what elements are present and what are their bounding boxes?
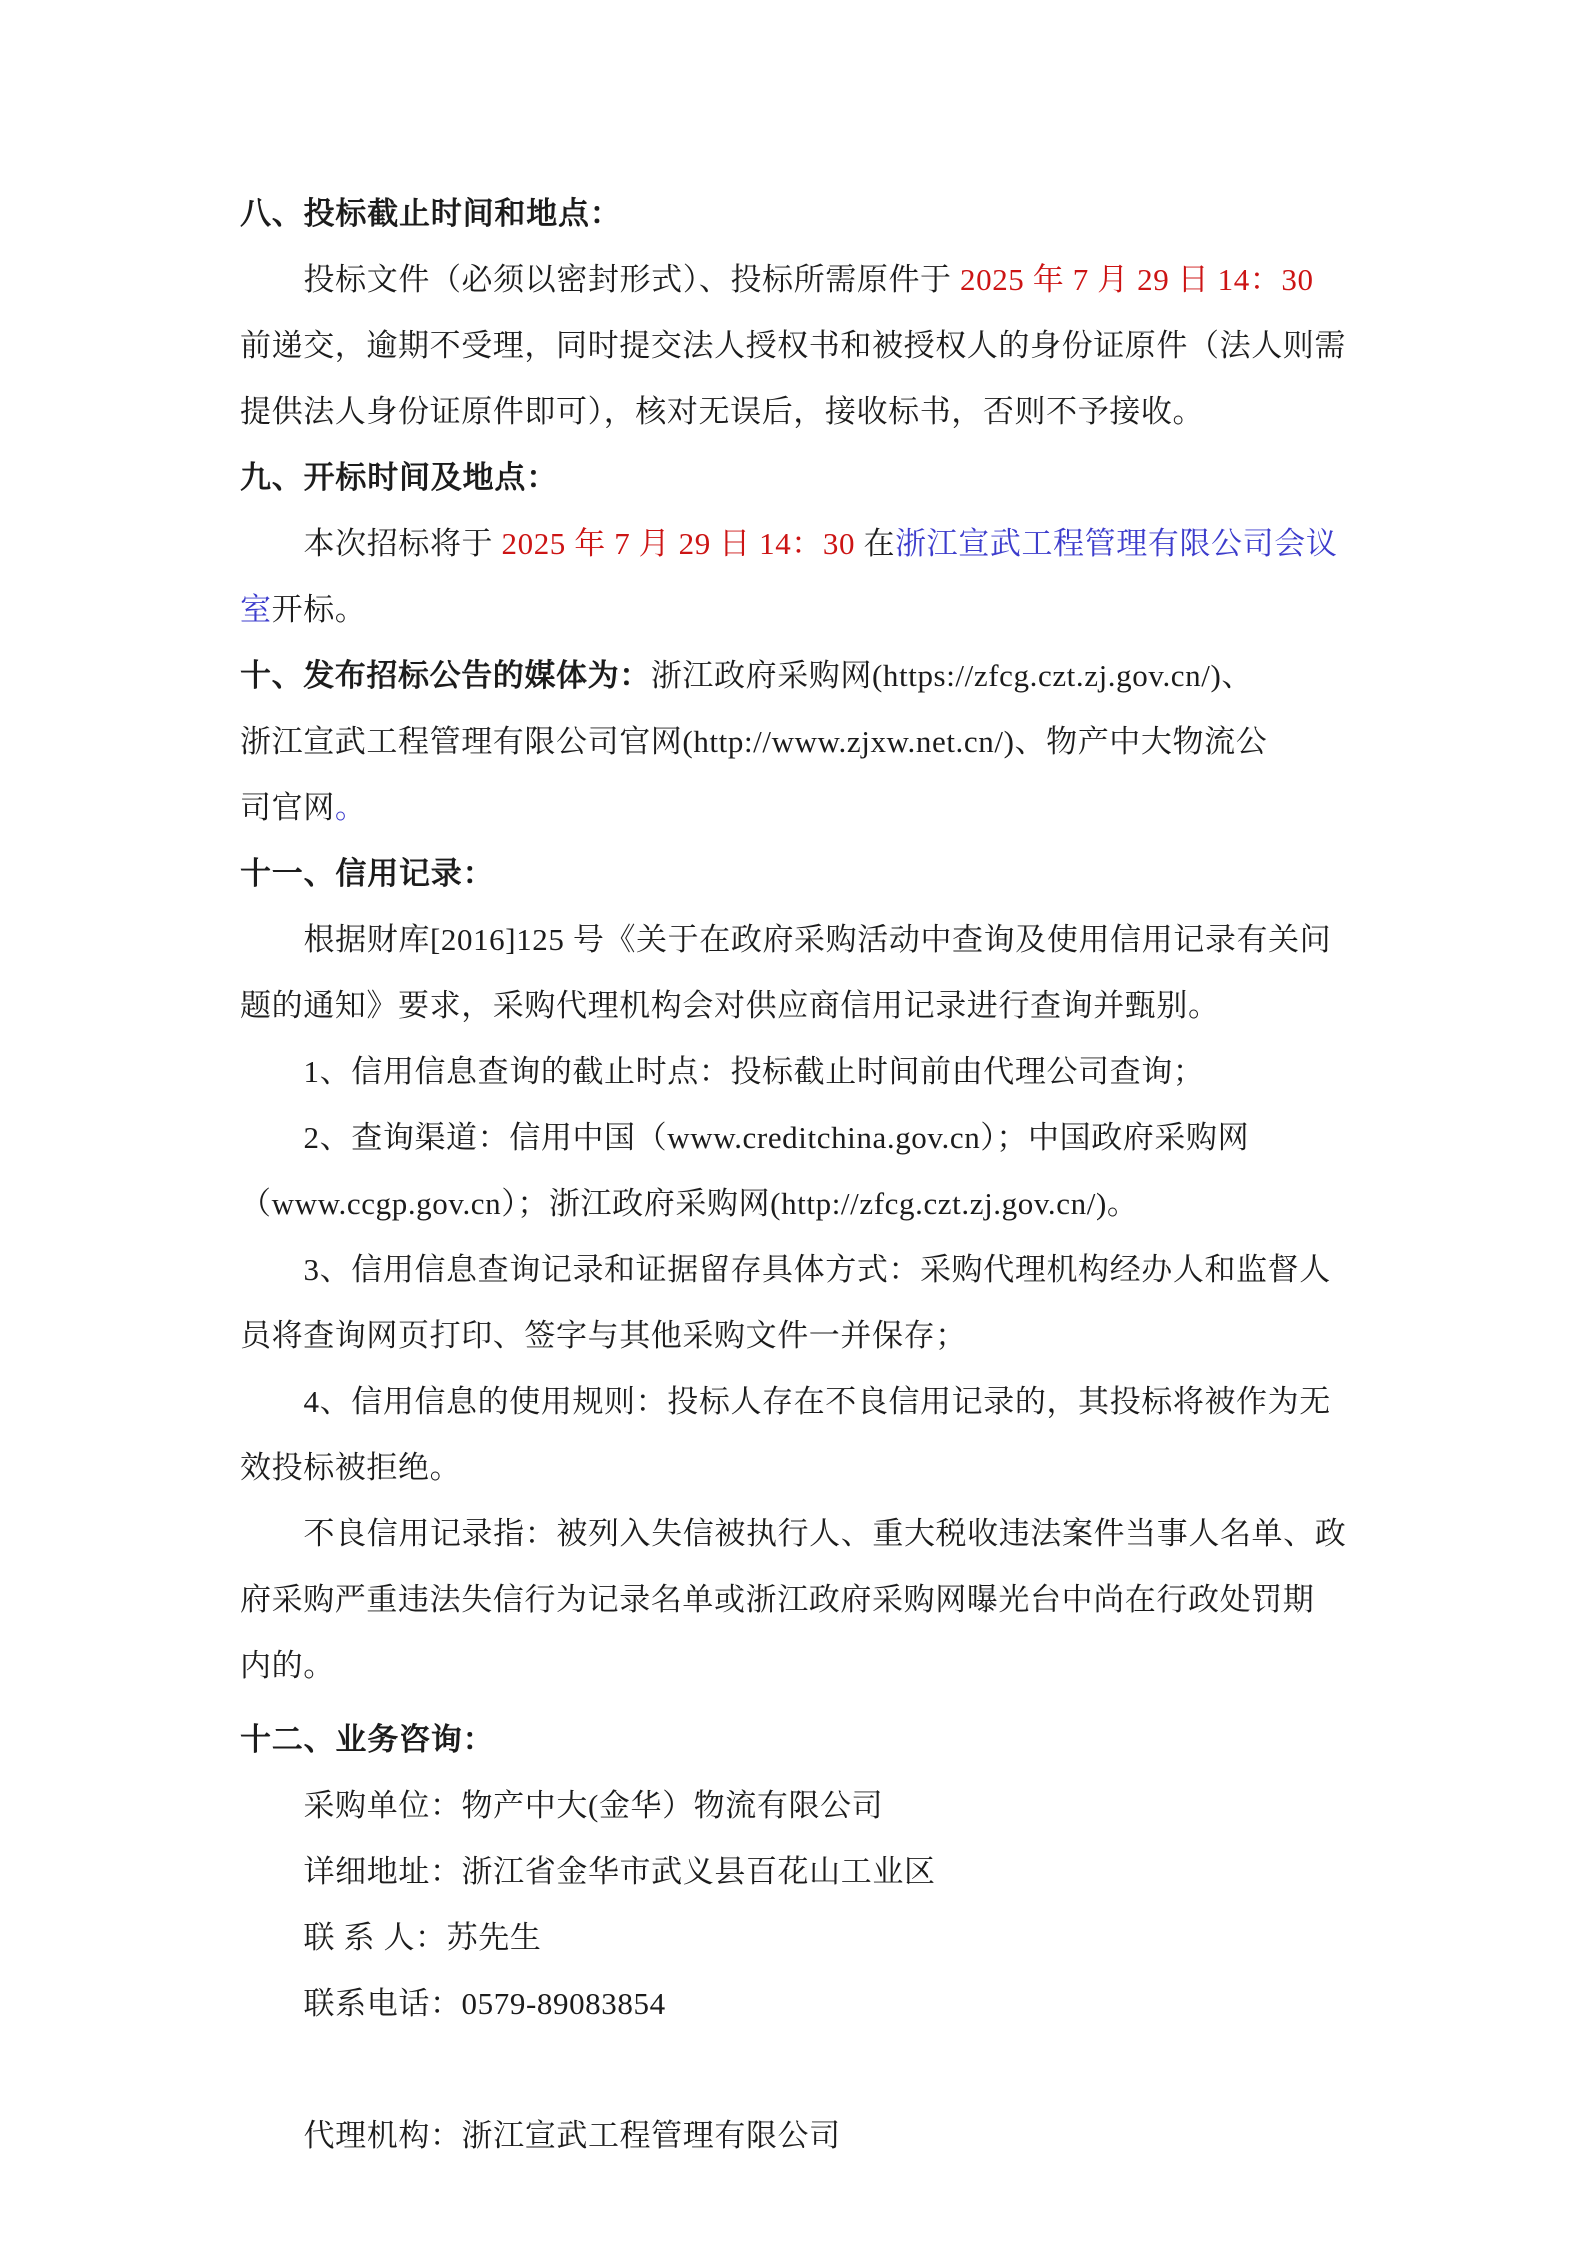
paragraph-line: 根据财库[2016]125 号《关于在政府采购活动中查询及使用信用记录有关问 <box>240 907 1349 973</box>
paragraph-line: 提供法人身份证原件即可），核对无误后，接收标书，否则不予接收。 <box>240 379 1349 445</box>
paragraph-line: 前递交，逾期不受理，同时提交法人授权书和被授权人的身份证原件（法人则需 <box>240 313 1349 379</box>
credit-item-4-cont: 效投标被拒绝。 <box>240 1435 1349 1501</box>
credit-item-2: 2、查询渠道：信用中国（www.creditchina.gov.cn）；中国政府… <box>240 1105 1349 1171</box>
document-page: 八、投标截止时间和地点： 投标文件（必须以密封形式）、投标所需原件于 2025 … <box>0 0 1587 2245</box>
section-business-consult: 十二、业务咨询： 采购单位：物产中大(金华）物流有限公司 详细地址：浙江省金华市… <box>240 1707 1349 2169</box>
credit-item-1: 1、信用信息查询的截止时点：投标截止时间前由代理公司查询； <box>240 1039 1349 1105</box>
contact-phone-line: 联系电话：0579-89083854 <box>240 1971 1349 2037</box>
text-run-period: 。 <box>335 790 367 825</box>
paragraph-line: 府采购严重违法失信行为记录名单或浙江政府采购网曝光台中尚在行政处罚期 <box>240 1567 1349 1633</box>
text-run: 司官网 <box>240 790 335 825</box>
paragraph-line: 题的通知》要求，采购代理机构会对供应商信用记录进行查询并甄别。 <box>240 973 1349 1039</box>
text-run: 本次招标将于 <box>304 526 502 561</box>
paragraph-line: 内的。 <box>240 1633 1349 1699</box>
paragraph-line: 投标文件（必须以密封形式）、投标所需原件于 2025 年 7 月 29 日 14… <box>240 247 1349 313</box>
section-heading-8: 八、投标截止时间和地点： <box>240 181 1349 247</box>
credit-item-2-cont: （www.ccgp.gov.cn）；浙江政府采购网(http://zfcg.cz… <box>240 1171 1349 1237</box>
text-run: 投标文件（必须以密封形式）、投标所需原件于 <box>304 262 960 297</box>
bid-deadline-datetime: 2025 年 7 月 29 日 14：30 <box>960 262 1314 297</box>
text-run: 开标。 <box>272 592 367 627</box>
credit-item-4: 4、信用信息的使用规则：投标人存在不良信用记录的，其投标将被作为无 <box>240 1369 1349 1435</box>
section-bid-deadline: 八、投标截止时间和地点： 投标文件（必须以密封形式）、投标所需原件于 2025 … <box>240 181 1349 445</box>
paragraph-line: 室开标。 <box>240 577 1349 643</box>
paragraph-line: 本次招标将于 2025 年 7 月 29 日 14：30 在浙江宣武工程管理有限… <box>240 511 1349 577</box>
address-line: 详细地址：浙江省金华市武义县百花山工业区 <box>240 1839 1349 1905</box>
credit-item-3: 3、信用信息查询记录和证据留存具体方式：采购代理机构经办人和监督人 <box>240 1237 1349 1303</box>
paragraph-line: 浙江宣武工程管理有限公司官网(http://www.zjxw.net.cn/)、… <box>240 709 1349 775</box>
opening-location: 浙江宣武工程管理有限公司会议 <box>895 526 1337 561</box>
paragraph-line: 司官网。 <box>240 775 1349 841</box>
paragraph-line: 不良信用记录指：被列入失信被执行人、重大税收违法案件当事人名单、政 <box>240 1501 1349 1567</box>
section-credit-record: 十一、信用记录： 根据财库[2016]125 号《关于在政府采购活动中查询及使用… <box>240 841 1349 1699</box>
text-run: 在 <box>855 526 895 561</box>
contact-person-line: 联 系 人：苏先生 <box>240 1905 1349 1971</box>
opening-datetime: 2025 年 7 月 29 日 14：30 <box>502 526 856 561</box>
paragraph-line: 十、发布招标公告的媒体为：浙江政府采购网(https://zfcg.czt.zj… <box>240 643 1349 709</box>
section-heading-12: 十二、业务咨询： <box>240 1707 1349 1773</box>
media-site-zjzfcg: 浙江政府采购网(https://zfcg.czt.zj.gov.cn/)、 <box>651 658 1253 693</box>
section-heading-10: 十、发布招标公告的媒体为： <box>240 658 651 693</box>
section-announcement-media: 十、发布招标公告的媒体为：浙江政府采购网(https://zfcg.czt.zj… <box>240 643 1349 841</box>
section-heading-11: 十一、信用记录： <box>240 841 1349 907</box>
section-heading-9: 九、开标时间及地点： <box>240 445 1349 511</box>
buyer-line: 采购单位：物产中大(金华）物流有限公司 <box>240 1773 1349 1839</box>
agency-line: 代理机构：浙江宣武工程管理有限公司 <box>240 2103 1349 2169</box>
credit-item-3-cont: 员将查询网页打印、签字与其他采购文件一并保存； <box>240 1303 1349 1369</box>
opening-location-cont: 室 <box>240 592 272 627</box>
section-bid-opening: 九、开标时间及地点： 本次招标将于 2025 年 7 月 29 日 14：30 … <box>240 445 1349 643</box>
